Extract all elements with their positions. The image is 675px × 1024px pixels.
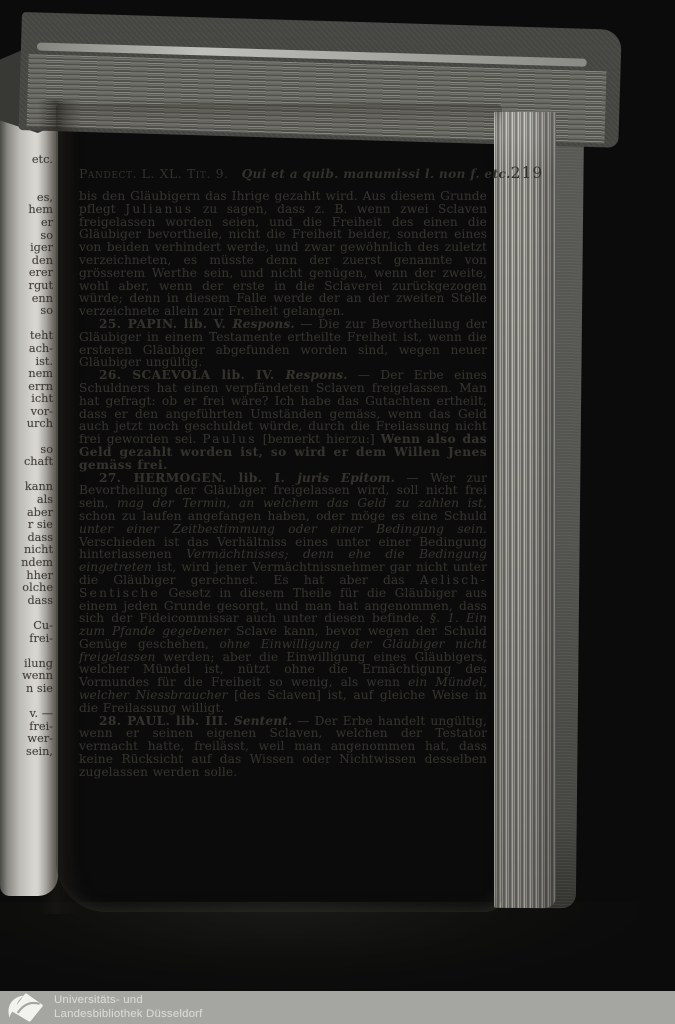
left-page-fragment: ach-: [5, 343, 53, 356]
page-text: bis den Gläubigern das Ihrige gezahlt wi…: [79, 190, 487, 779]
paragraph: bis den Gläubigern das Ihrige gezahlt wi…: [79, 190, 487, 318]
fore-edge-shading: [494, 112, 556, 909]
paragraph: 28. PAUL. lib. III. Sentent. — Der Erbe …: [79, 715, 487, 779]
left-page-fragment: r sie: [5, 519, 53, 532]
left-page-fragment: chaft: [5, 456, 53, 469]
header-title-left: Pandect. L. XL. Tit. 9.: [79, 166, 229, 181]
left-page-fragment: n sie: [5, 683, 53, 696]
book-scan-photo: etc. es,hemersoigerdenererrgutennso teht…: [0, 0, 675, 1024]
header-title-center: Qui et a quib. manumissi l. non f. etc.: [242, 167, 511, 181]
left-page-fragment: dass: [5, 595, 53, 608]
left-page-fragment: frei-: [5, 633, 53, 646]
left-page-sliver: etc. es,hemersoigerdenererrgutennso teht…: [0, 96, 58, 896]
left-page-fragment: er: [5, 217, 53, 230]
watermark-line1: Universitäts- und: [54, 994, 203, 1007]
left-page-fragment: etc.: [5, 154, 53, 167]
left-page-fragment: rgut: [5, 280, 53, 293]
left-page-fragment: sein,: [5, 746, 53, 759]
left-page-fragment: v. —: [5, 708, 53, 721]
left-page-fragment: [5, 431, 53, 444]
book-page: Pandect. L. XL. Tit. 9. Qui et a quib. m…: [56, 104, 502, 912]
left-page-fragments: etc. es,hemersoigerdenererrgutennso teht…: [5, 154, 53, 759]
left-page-fragment: [5, 645, 53, 658]
left-page-fragment: nem: [5, 368, 53, 381]
left-page-fragment: olche: [5, 582, 53, 595]
watermark-text: Universitäts- und Landesbibliothek Düsse…: [54, 994, 203, 1020]
page-stack-fore-edge: [494, 112, 556, 909]
paragraph: 25. PAPIN. lib. V. Respons. — Die zur Be…: [79, 318, 487, 369]
left-page-fragment: urch: [5, 418, 53, 431]
left-page-fragment: Cu-: [5, 620, 53, 633]
page-header: Pandect. L. XL. Tit. 9. Qui et a quib. m…: [79, 164, 484, 182]
table-shadow: [0, 902, 675, 994]
page-number: 219: [511, 164, 544, 182]
left-page-fragment: icht: [5, 393, 53, 406]
left-page-fragment: als: [5, 494, 53, 507]
left-page-fragment: [5, 179, 53, 192]
left-page-fragment: ndem: [5, 557, 53, 570]
left-page-fragment: so: [5, 305, 53, 318]
left-page-fragment: [5, 167, 53, 180]
ulb-logo-icon: [5, 992, 45, 1023]
paragraph: 26. SCAEVOLA lib. IV. Respons. — Der Erb…: [79, 369, 487, 471]
left-page-fragment: iger: [5, 242, 53, 255]
watermark-bar: Universitäts- und Landesbibliothek Düsse…: [0, 991, 675, 1024]
watermark-line2: Landesbibliothek Düsseldorf: [54, 1008, 203, 1021]
paragraph: 27. HERMOGEN. lib. I. juris Epitom. — We…: [79, 472, 487, 715]
